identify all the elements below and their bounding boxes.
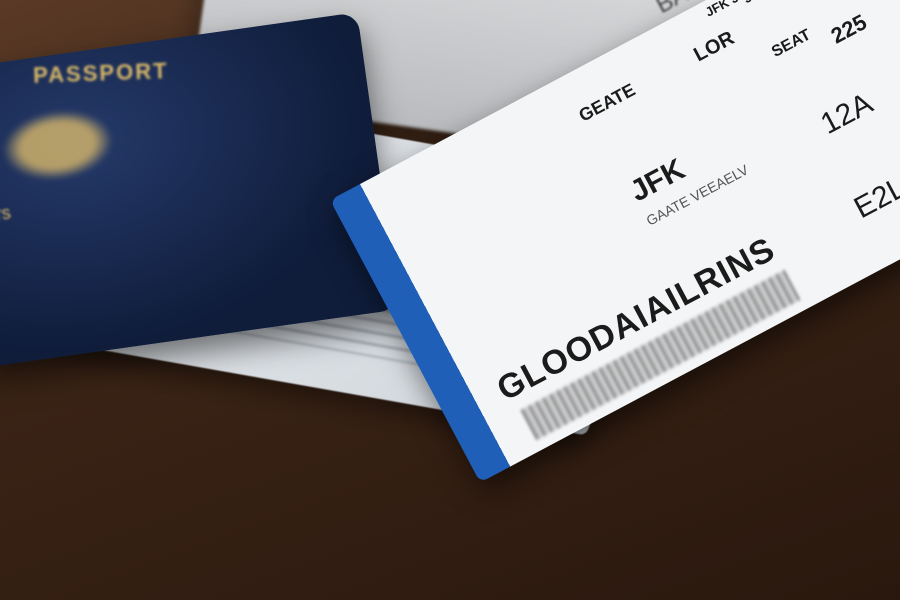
eagle-emblem-icon xyxy=(0,97,128,194)
passport-subtext: olrs xyxy=(0,203,12,228)
destination: LOR xyxy=(690,27,738,67)
seat-label: SEAT xyxy=(769,26,814,61)
seat-value: 225 xyxy=(827,9,872,49)
ticket-code: E2L xyxy=(849,171,900,226)
ticket-field-1: JFK JF. xyxy=(703,0,750,20)
ticket-field-2: JHR DEC xyxy=(741,0,798,6)
passport-title: PASSPORT xyxy=(33,58,169,89)
passport-cover: PASSPORT olrs xyxy=(0,12,399,368)
gate-label: GEATE xyxy=(576,79,639,126)
seat-code: 12A xyxy=(815,87,878,142)
